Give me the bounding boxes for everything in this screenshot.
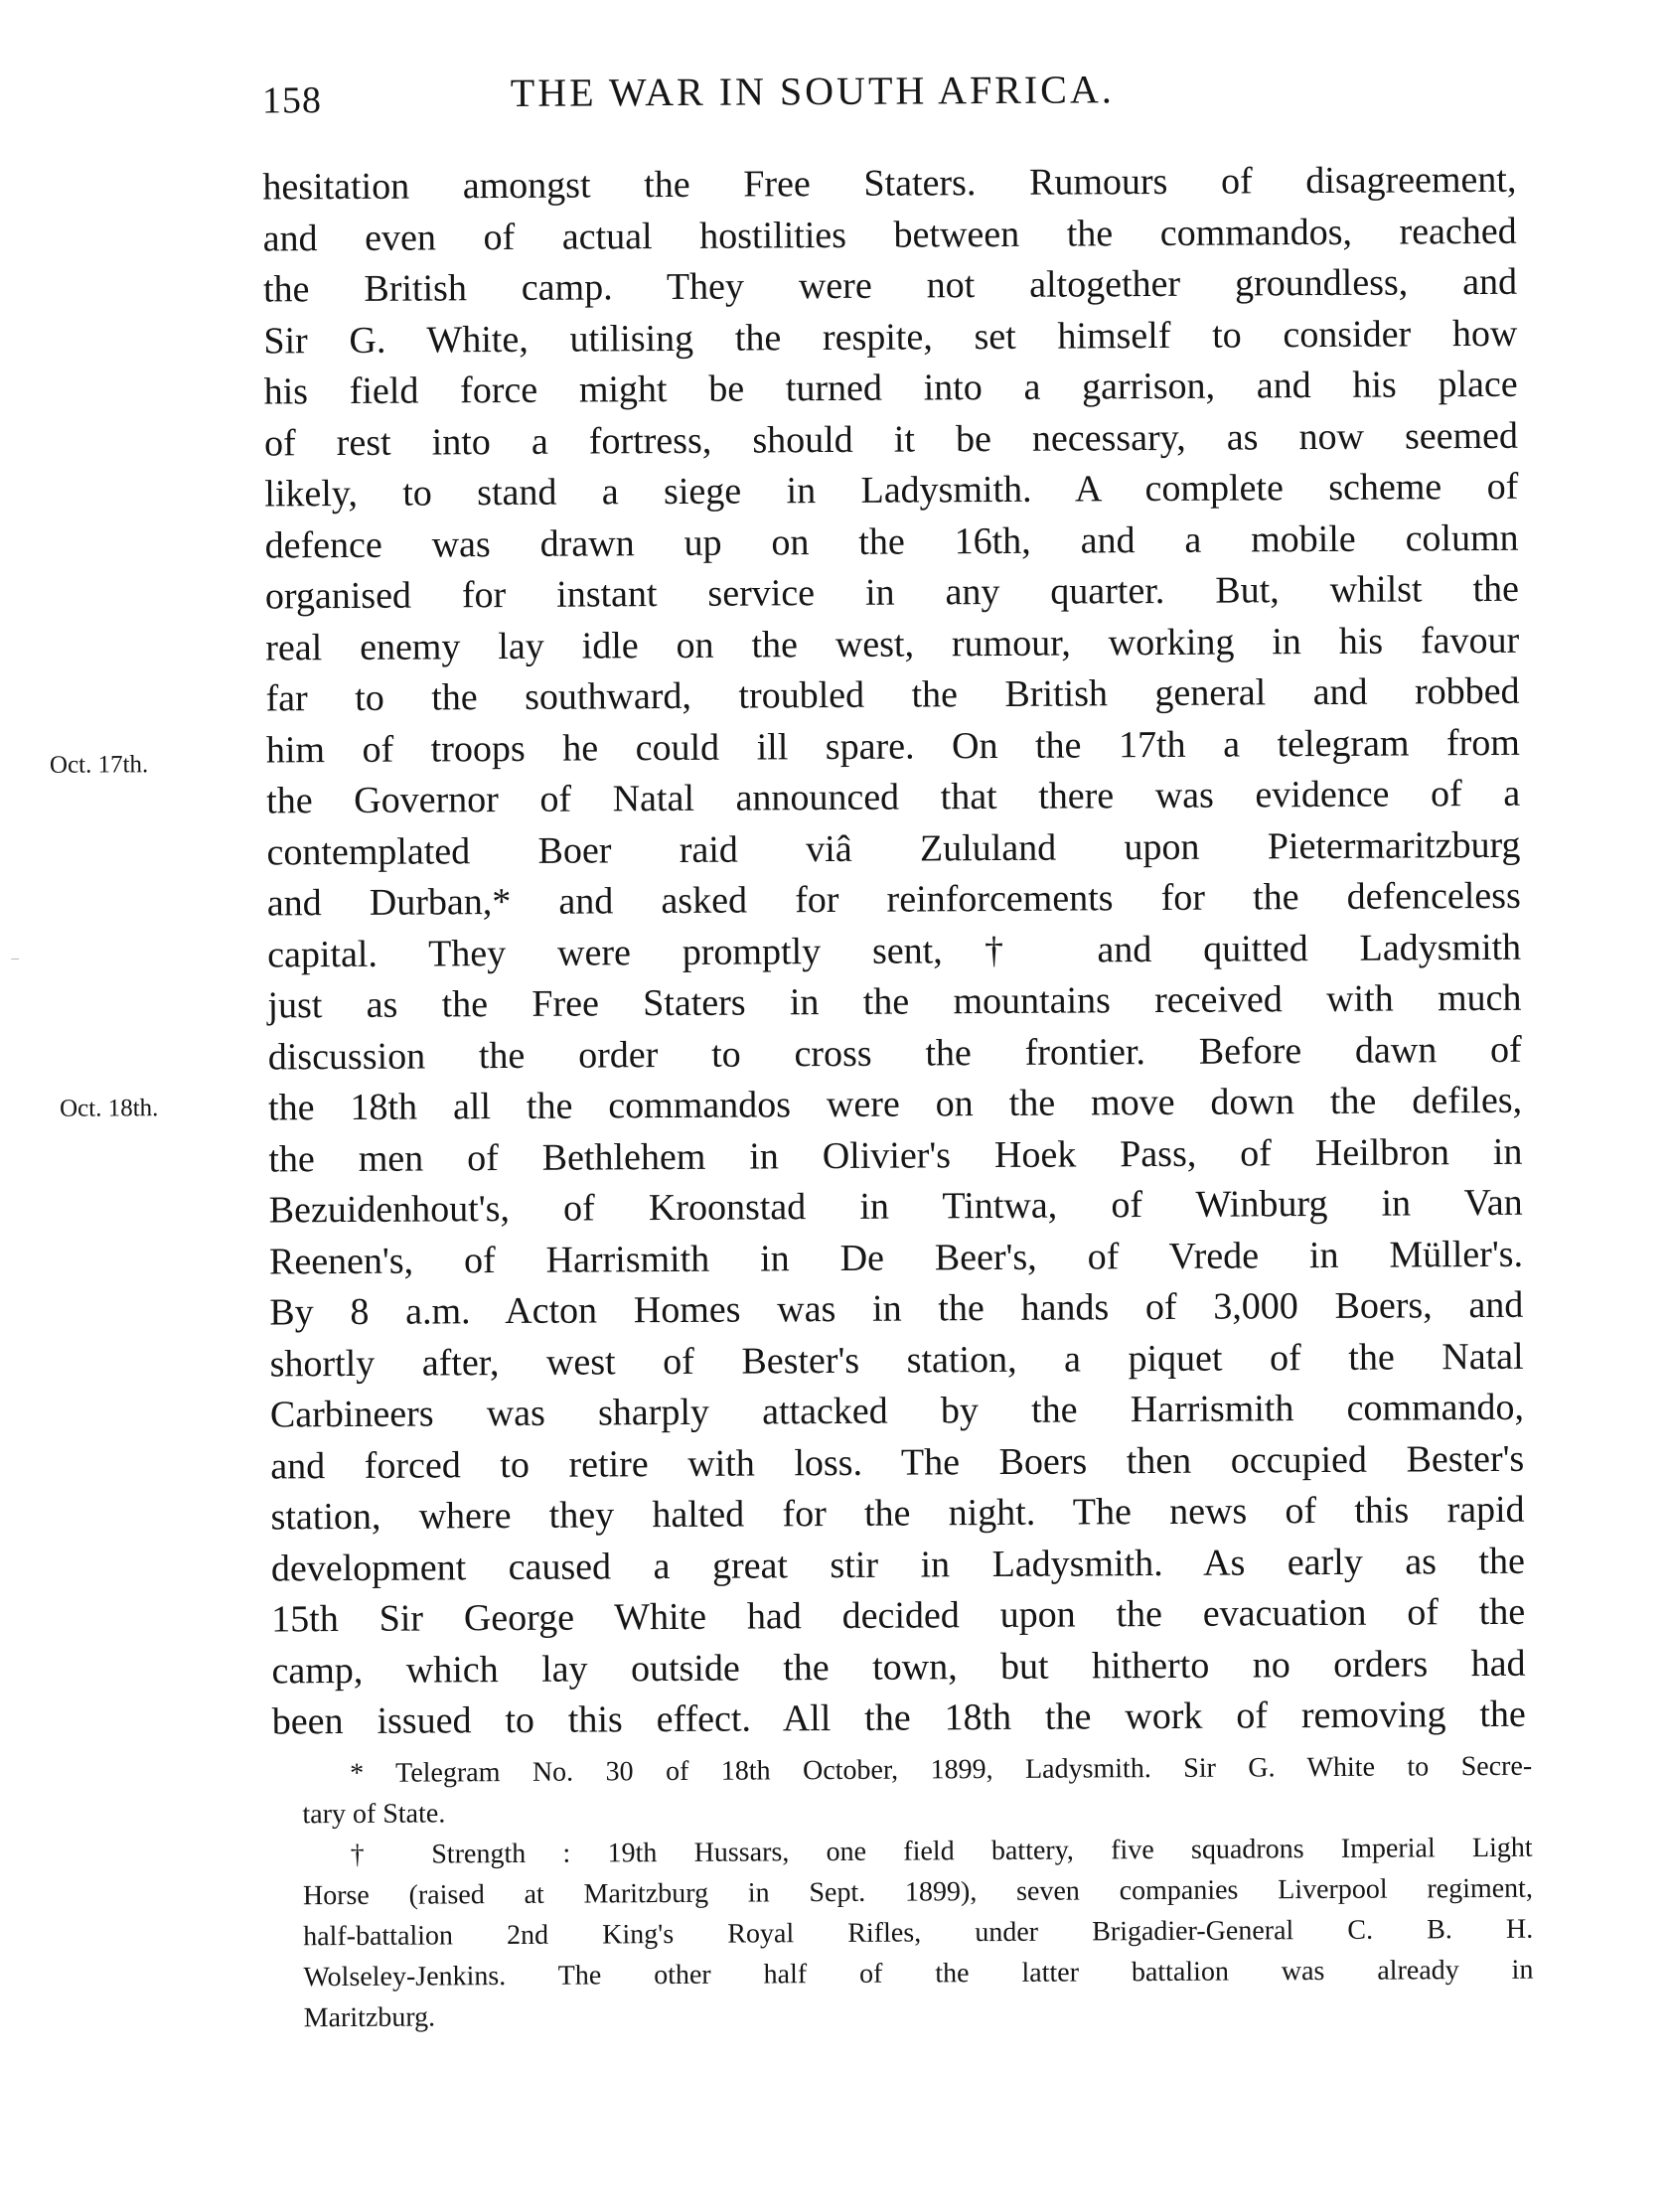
body-line: development caused a great stir in Ladys…: [271, 1536, 1525, 1594]
body-line: and forced to retire with loss. The Boer…: [270, 1433, 1524, 1492]
body-line: likely, to stand a siege in Ladysmith. A…: [264, 462, 1518, 520]
body-line: him of troops he could ill spare. On the…: [266, 717, 1520, 776]
body-line: his field force might be turned into a g…: [264, 360, 1518, 418]
body-line: and even of actual hostilities between t…: [263, 206, 1517, 264]
body-line: shortly after, west of Bester's station,…: [270, 1331, 1524, 1390]
body-line: 15th Sir George White had decided upon t…: [271, 1587, 1525, 1646]
running-head: 158 THE WAR IN SOUTH AFRICA.: [262, 65, 1246, 130]
body-line: just as the Free Staters in the mountain…: [267, 973, 1521, 1032]
body-line: been issued to this effect. All the 18th…: [272, 1690, 1526, 1748]
body-line: contemplated Boer raid viâ Zululand upon…: [266, 819, 1520, 878]
body-line: far to the southward, troubled the Briti…: [265, 666, 1519, 725]
margin-note-oct-18: Oct. 18th.: [60, 1095, 158, 1123]
footnotes: * Telegram No. 30 of 18th October, 1899,…: [302, 1746, 1534, 2039]
body-line: discussion the order to cross the fronti…: [268, 1024, 1522, 1083]
footnote-asterisk: * Telegram No. 30 of 18th October, 1899,…: [302, 1746, 1532, 1795]
margin-mark: [11, 959, 19, 959]
body-line: the 18th all the commandos were on the m…: [268, 1076, 1522, 1134]
body-line: the men of Bethlehem in Olivier's Hoek P…: [268, 1126, 1522, 1185]
body-line: the Governor of Natal announced that the…: [266, 769, 1520, 827]
body-line: of rest into a fortress, should it be ne…: [264, 410, 1518, 469]
body-line: Reenen's, of Harrismith in De Beer's, of…: [269, 1229, 1523, 1287]
running-title: THE WAR IN SOUTH AFRICA.: [511, 66, 1115, 116]
margin-note-oct-17: Oct. 17th.: [50, 751, 148, 780]
body-line: By 8 a.m. Acton Homes was in the hands o…: [269, 1280, 1523, 1339]
body-line: station, where they halted for the night…: [270, 1485, 1524, 1544]
body-line: hesitation amongst the Free Staters. Rum…: [262, 155, 1516, 214]
body-line: and Durban,* and asked for reinforcement…: [267, 871, 1521, 930]
book-page: 158 THE WAR IN SOUTH AFRICA. Oct. 17th. …: [0, 0, 1669, 2212]
body-line: the British camp. They were not altogeth…: [263, 257, 1517, 316]
body-line: Carbineers was sharply attacked by the H…: [270, 1383, 1524, 1441]
body-line: Sir G. White, utilising the respite, set…: [263, 308, 1517, 367]
body-line: defence was drawn up on the 16th, and a …: [264, 513, 1518, 571]
footnote-dagger-cont: Wolseley-Jenkins. The other half of the …: [303, 1950, 1533, 1998]
body-line: organised for instant service in any qua…: [265, 564, 1519, 623]
footnote-dagger-cont: Maritzburg.: [304, 1991, 1534, 2039]
body-line: Bezuidenhout's, of Kroonstad in Tintwa, …: [269, 1178, 1523, 1237]
body-line: camp, which lay outside the town, but hi…: [271, 1638, 1525, 1696]
body-line: real enemy lay idle on the west, rumour,…: [265, 615, 1519, 673]
page-number: 158: [262, 78, 322, 122]
body-text: hesitation amongst the Free Staters. Rum…: [262, 155, 1526, 1748]
body-line: capital. They were promptly sent,† and q…: [267, 922, 1521, 980]
